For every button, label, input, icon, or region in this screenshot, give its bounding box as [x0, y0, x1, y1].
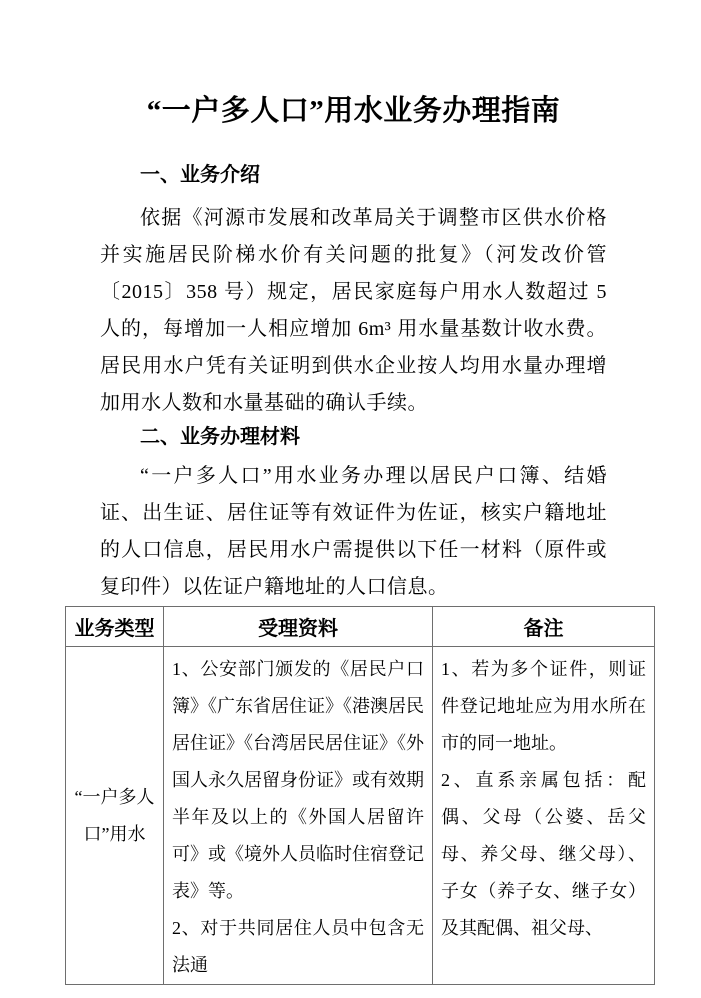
section-heading-materials: 二、业务办理材料: [100, 422, 607, 452]
materials-table: 业务类型 受理资料 备注 “一户多人口”用水 1、公安部门颁发的《居民户口簿》《…: [65, 606, 655, 985]
table-row: “一户多人口”用水 1、公安部门颁发的《居民户口簿》《广东省居住证》《港澳居民居…: [66, 647, 655, 985]
business-type-cell: “一户多人口”用水: [66, 647, 164, 985]
document-page: “一户多人口”用水业务办理指南 一、业务介绍 依据《河源市发展和改革局关于调整市…: [0, 0, 701, 998]
table-header-business-type: 业务类型: [66, 607, 164, 647]
document-title: “一户多人口”用水业务办理指南: [100, 92, 607, 130]
remarks-cell: 1、若为多个证件，则证件登记地址应为用水所在市的同一地址。 2、直系亲属包括：配…: [433, 647, 655, 985]
materials-intro-paragraph: “一户多人口”用水业务办理以居民户口簿、结婚证、出生证、居住证等有效证件为佐证，…: [100, 458, 607, 606]
table-header-remarks: 备注: [433, 607, 655, 647]
materials-item-1: 1、公安部门颁发的《居民户口簿》《广东省居住证》《港澳居民居住证》《台湾居民居住…: [172, 651, 424, 910]
materials-item-2: 2、对于共同居住人员中包含无法通: [172, 910, 424, 984]
section-heading-business-intro: 一、业务介绍: [100, 160, 607, 190]
table-header-row: 业务类型 受理资料 备注: [66, 607, 655, 647]
remarks-item-2: 2、直系亲属包括：配偶、父母（公婆、岳父母、养父母、继父母）、子女（养子女、继子…: [441, 762, 646, 947]
table-header-materials: 受理资料: [164, 607, 433, 647]
materials-cell: 1、公安部门颁发的《居民户口簿》《广东省居住证》《港澳居民居住证》《台湾居民居住…: [164, 647, 433, 985]
business-intro-paragraph: 依据《河源市发展和改革局关于调整市区供水价格并实施居民阶梯水价有关问题的批复》（…: [100, 200, 607, 422]
remarks-item-1: 1、若为多个证件，则证件登记地址应为用水所在市的同一地址。: [441, 651, 646, 762]
